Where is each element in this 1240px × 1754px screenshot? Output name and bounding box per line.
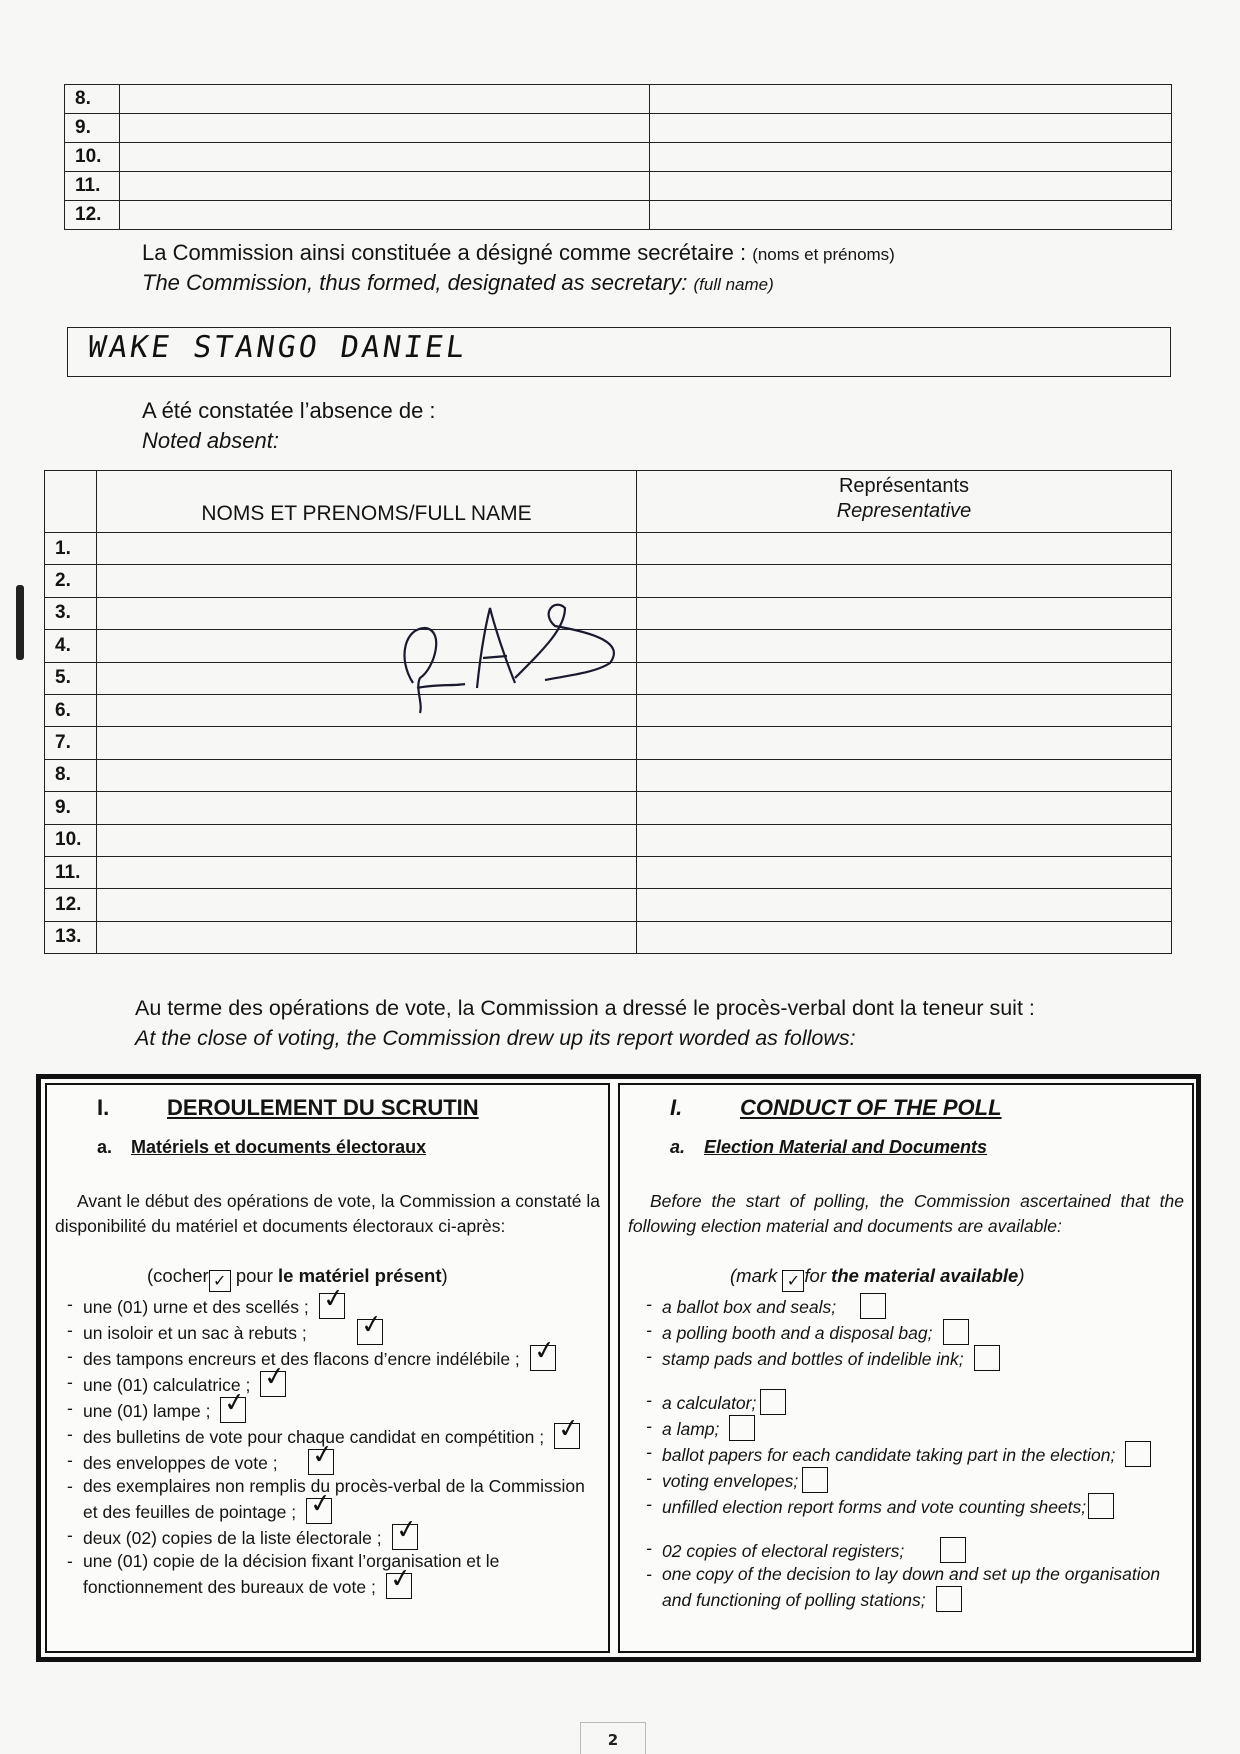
name-cell[interactable]: [97, 533, 637, 565]
name-cell[interactable]: [97, 597, 637, 629]
list-item: des enveloppes de vote ;: [67, 1449, 600, 1475]
rep-cell[interactable]: [637, 889, 1172, 921]
list-item: ballot papers for each candidate taking …: [646, 1441, 1184, 1467]
page-number: 2: [580, 1722, 646, 1754]
material-checkbox[interactable]: [386, 1573, 412, 1599]
list-item: a lamp;: [646, 1415, 1184, 1441]
full-name-column-header: NOMS ET PRENOMS/FULL NAME: [97, 471, 637, 533]
row-number: 10.: [65, 143, 120, 172]
row-number: 2.: [45, 565, 97, 597]
intro-paragraph-fr: Avant le début des opérations de vote, l…: [55, 1189, 600, 1239]
rep-cell[interactable]: [637, 630, 1172, 662]
material-checkbox[interactable]: [802, 1467, 828, 1493]
table-row: 10.: [65, 143, 1172, 172]
name-cell[interactable]: [97, 662, 637, 694]
material-checkbox[interactable]: [936, 1586, 962, 1612]
scan-binding-shadow: [16, 585, 24, 660]
name-cell[interactable]: [120, 85, 650, 114]
name-cell[interactable]: [97, 889, 637, 921]
list-item: 02 copies of electoral registers;: [646, 1537, 1184, 1563]
material-checkbox[interactable]: [974, 1345, 1000, 1371]
table-row: 5.: [45, 662, 1172, 694]
name-cell[interactable]: [97, 759, 637, 791]
checkmark-example-icon: ✓: [209, 1270, 231, 1292]
list-item: stamp pads and bottles of indelible ink;: [646, 1345, 1184, 1371]
secretary-name-field[interactable]: WAKE STANGO DANIEL: [67, 327, 1171, 377]
name-cell[interactable]: [97, 630, 637, 662]
name-cell[interactable]: [97, 856, 637, 888]
rep-cell[interactable]: [637, 792, 1172, 824]
material-checkbox[interactable]: [392, 1524, 418, 1550]
members-table-continuation: 8. 9. 10. 11. 12.: [64, 84, 1172, 230]
table-row: 3.: [45, 597, 1172, 629]
representative-column-header: Représentants Representative: [637, 471, 1172, 533]
row-number: 9.: [45, 792, 97, 824]
absent-members-table: NOMS ET PRENOMS/FULL NAME Représentants …: [44, 470, 1172, 954]
rep-cell[interactable]: [637, 597, 1172, 629]
table-row: 2.: [45, 565, 1172, 597]
rep-cell[interactable]: [637, 694, 1172, 726]
list-item: a ballot box and seals;: [646, 1293, 1184, 1319]
section-heading-fr: I.DEROULEMENT DU SCRUTIN: [97, 1095, 479, 1121]
rep-cell[interactable]: [637, 565, 1172, 597]
rep-cell[interactable]: [637, 824, 1172, 856]
materials-list-fr: une (01) urne et des scellés ; un isoloi…: [67, 1293, 600, 1599]
number-column-header: [45, 471, 97, 533]
row-number: 13.: [45, 921, 97, 953]
material-checkbox[interactable]: [319, 1293, 345, 1319]
conduct-of-poll-section: I.DEROULEMENT DU SCRUTIN a.Matériels et …: [36, 1074, 1201, 1662]
row-number: 11.: [65, 172, 120, 201]
table-row: 6.: [45, 694, 1172, 726]
secretary-label-fr: La Commission ainsi constituée a désigné…: [142, 240, 895, 266]
list-item: une (01) calculatrice ;: [67, 1371, 600, 1397]
name-cell[interactable]: [97, 565, 637, 597]
table-row: 12.: [65, 201, 1172, 230]
name-cell[interactable]: [97, 694, 637, 726]
list-item: a calculator;: [646, 1389, 1184, 1415]
section-heading-en: I.CONDUCT OF THE POLL: [670, 1095, 1002, 1121]
list-item: des exemplaires non remplis du procès-ve…: [67, 1475, 600, 1524]
row-number: 4.: [45, 630, 97, 662]
row-number: 1.: [45, 533, 97, 565]
material-checkbox[interactable]: [530, 1345, 556, 1371]
other-cell[interactable]: [650, 85, 1172, 114]
name-cell[interactable]: [97, 727, 637, 759]
table-row: 13.: [45, 921, 1172, 953]
row-number: 8.: [45, 759, 97, 791]
material-checkbox[interactable]: [357, 1319, 383, 1345]
row-number: 10.: [45, 824, 97, 856]
material-checkbox[interactable]: [220, 1397, 246, 1423]
rep-cell[interactable]: [637, 759, 1172, 791]
row-number: 11.: [45, 856, 97, 888]
secretary-handwritten-name: WAKE STANGO DANIEL: [86, 330, 470, 365]
table-row: 8.: [65, 85, 1172, 114]
subsection-heading-en: a.Election Material and Documents: [670, 1137, 987, 1158]
name-cell[interactable]: [97, 792, 637, 824]
rep-cell[interactable]: [637, 662, 1172, 694]
closing-text-fr: Au terme des opérations de vote, la Comm…: [135, 996, 1035, 1021]
checkbox-instruction-en: (mark ✓for the material available): [730, 1265, 1024, 1292]
other-cell[interactable]: [650, 143, 1172, 172]
row-number: 6.: [45, 694, 97, 726]
list-item: des tampons encreurs et des flacons d’en…: [67, 1345, 600, 1371]
table-row: 9.: [65, 114, 1172, 143]
closing-text-en: At the close of voting, the Commission d…: [135, 1026, 856, 1051]
checkmark-example-icon: ✓: [782, 1270, 804, 1292]
material-checkbox[interactable]: [729, 1415, 755, 1441]
list-item: une (01) lampe ;: [67, 1397, 600, 1423]
row-number: 12.: [65, 201, 120, 230]
intro-paragraph-en: Before the start of polling, the Commiss…: [628, 1189, 1184, 1239]
other-cell[interactable]: [650, 114, 1172, 143]
name-cell[interactable]: [120, 172, 650, 201]
list-item: voting envelopes;: [646, 1467, 1184, 1493]
name-cell[interactable]: [97, 921, 637, 953]
rep-cell[interactable]: [637, 856, 1172, 888]
row-number: 7.: [45, 727, 97, 759]
list-item: une (01) copie de la décision fixant l’o…: [67, 1550, 600, 1599]
list-item: a polling booth and a disposal bag;: [646, 1319, 1184, 1345]
subsection-heading-fr: a.Matériels et documents électoraux: [97, 1137, 426, 1158]
material-checkbox[interactable]: [760, 1389, 786, 1415]
material-checkbox[interactable]: [940, 1537, 966, 1563]
table-row: 10.: [45, 824, 1172, 856]
other-cell[interactable]: [650, 172, 1172, 201]
list-item: one copy of the decision to lay down and…: [646, 1563, 1184, 1612]
row-number: 12.: [45, 889, 97, 921]
table-row: 11.: [65, 172, 1172, 201]
section-column-en: I.CONDUCT OF THE POLL a.Election Materia…: [618, 1083, 1194, 1653]
checkbox-instruction-fr: (cocher✓ pour le matériel présent): [147, 1265, 448, 1292]
table-row: 7.: [45, 727, 1172, 759]
name-cell[interactable]: [120, 143, 650, 172]
list-item: des bulletins de vote pour chaque candid…: [67, 1423, 600, 1449]
material-checkbox[interactable]: [943, 1319, 969, 1345]
material-checkbox[interactable]: [306, 1498, 332, 1524]
list-item: un isoloir et un sac à rebuts ;: [67, 1319, 600, 1345]
table-header-row: NOMS ET PRENOMS/FULL NAME Représentants …: [45, 471, 1172, 533]
material-checkbox[interactable]: [554, 1423, 580, 1449]
material-checkbox[interactable]: [1088, 1493, 1114, 1519]
other-cell[interactable]: [650, 201, 1172, 230]
table-row: 4.: [45, 630, 1172, 662]
absence-label-en: Noted absent:: [142, 428, 279, 454]
row-number: 3.: [45, 597, 97, 629]
list-item: unfilled election report forms and vote …: [646, 1493, 1184, 1519]
name-cell[interactable]: [97, 824, 637, 856]
material-checkbox[interactable]: [308, 1449, 334, 1475]
rep-cell[interactable]: [637, 921, 1172, 953]
name-cell[interactable]: [120, 201, 650, 230]
row-number: 5.: [45, 662, 97, 694]
list-item: deux (02) copies de la liste électorale …: [67, 1524, 600, 1550]
table-row: 11.: [45, 856, 1172, 888]
secretary-label-en: The Commission, thus formed, designated …: [142, 270, 774, 296]
absence-label-fr: A été constatée l’absence de :: [142, 398, 436, 424]
table-row: 9.: [45, 792, 1172, 824]
material-checkbox[interactable]: [1125, 1441, 1151, 1467]
row-number: 9.: [65, 114, 120, 143]
materials-list-en: a ballot box and seals; a polling booth …: [646, 1293, 1184, 1612]
table-row: 1.: [45, 533, 1172, 565]
section-column-fr: I.DEROULEMENT DU SCRUTIN a.Matériels et …: [45, 1083, 610, 1653]
table-row: 12.: [45, 889, 1172, 921]
material-checkbox[interactable]: [260, 1371, 286, 1397]
list-item: une (01) urne et des scellés ;: [67, 1293, 600, 1319]
rep-cell[interactable]: [637, 533, 1172, 565]
material-checkbox[interactable]: [860, 1293, 886, 1319]
rep-cell[interactable]: [637, 727, 1172, 759]
table-row: 8.: [45, 759, 1172, 791]
name-cell[interactable]: [120, 114, 650, 143]
row-number: 8.: [65, 85, 120, 114]
form-page: 8. 9. 10. 11. 12. La Commission ainsi co…: [0, 0, 1240, 1754]
